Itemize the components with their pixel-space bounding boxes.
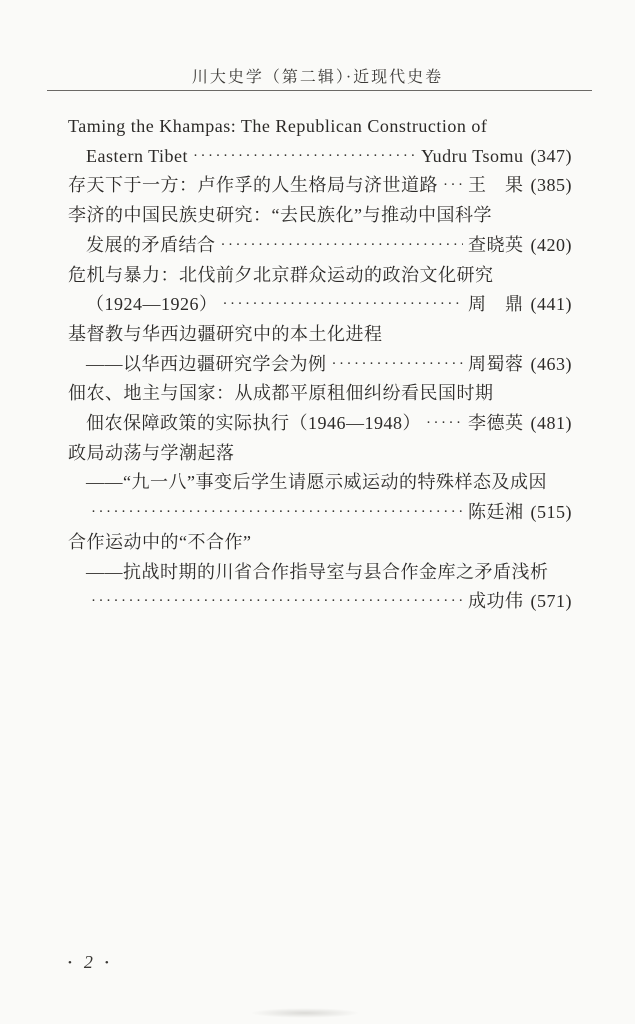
dot-leader: ········································…	[221, 231, 464, 261]
table-of-contents: Taming the Khampas: The Republican Const…	[68, 112, 572, 617]
toc-entry-title: 佃农保障政策的实际执行（1946—1948）	[86, 409, 421, 439]
toc-entry-title: 危机与暴力：北伐前夕北京群众运动的政治文化研究	[68, 261, 494, 291]
page-footer: • 2 •	[68, 952, 109, 973]
toc-line: ——以华西边疆研究学会为例 ··························…	[68, 350, 572, 380]
toc-entry-title: ——抗战时期的川省合作指导室与县合作金库之矛盾浅析	[86, 558, 549, 588]
dot-leader: ········································…	[426, 409, 463, 439]
dot-leader: ········································…	[193, 142, 416, 172]
dot-leader: ········································…	[91, 587, 463, 617]
toc-entry-author: 周蜀蓉	[468, 350, 524, 380]
footer-dot-right: •	[105, 957, 109, 969]
toc-line: 危机与暴力：北伐前夕北京群众运动的政治文化研究	[68, 261, 572, 291]
toc-entry-title: 合作运动中的“不合作”	[68, 528, 251, 558]
toc-entry-title: 发展的矛盾结合	[86, 231, 216, 261]
toc-line: ——抗战时期的川省合作指导室与县合作金库之矛盾浅析	[68, 558, 572, 588]
dot-leader: ········································…	[223, 290, 464, 320]
toc-entry-author: 王 果	[468, 171, 524, 201]
toc-entry-page-number: (385)	[531, 171, 573, 201]
dot-leader: ········································…	[332, 350, 464, 380]
toc-entry-page-number: (441)	[531, 290, 573, 320]
toc-entry-title: 佃农、地主与国家：从成都平原租佃纠纷看民国时期	[68, 379, 494, 409]
toc-entry-page-number: (420)	[531, 231, 573, 261]
toc-line: 佃农保障政策的实际执行（1946—1948） ·················…	[68, 409, 572, 439]
toc-entry-title: Taming the Khampas: The Republican Const…	[68, 112, 487, 142]
dot-leader: ········································…	[91, 498, 463, 528]
book-page: 川大史学（第二辑）·近现代史卷 Taming the Khampas: The …	[0, 0, 635, 1024]
toc-entry-page-number: (347)	[531, 142, 573, 172]
scan-smudge	[250, 1008, 360, 1018]
toc-entry-title: Eastern Tibet	[86, 142, 188, 172]
toc-entry-author: Yudru Tsomu	[421, 142, 523, 172]
toc-entry-page-number: (571)	[531, 587, 573, 617]
toc-line: ——“九一八”事变后学生请愿示威运动的特殊样态及成因	[68, 468, 572, 498]
toc-entry-page-number: (463)	[531, 350, 573, 380]
running-head-title: 川大史学（第二辑）·近现代史卷	[192, 69, 443, 86]
toc-entry-author: 成功伟	[468, 587, 524, 617]
toc-line: （1924—1926） ····························…	[68, 290, 572, 320]
toc-entry-author: 陈廷湘	[468, 498, 524, 528]
header-rule	[47, 90, 592, 91]
toc-entry-author: 李德英	[468, 409, 524, 439]
toc-line: 存天下于一方：卢作孚的人生格局与济世道路 ···················…	[68, 171, 572, 201]
toc-entry-page-number: (481)	[531, 409, 573, 439]
toc-line: 政局动荡与学潮起落	[68, 439, 572, 469]
toc-entry-title: 李济的中国民族史研究：“去民族化”与推动中国科学	[68, 201, 492, 231]
toc-entry-title: 存天下于一方：卢作孚的人生格局与济世道路	[68, 171, 438, 201]
toc-entry-title: （1924—1926）	[86, 290, 218, 320]
toc-line: Eastern Tibet ··························…	[68, 142, 572, 172]
toc-line: 发展的矛盾结合 ································…	[68, 231, 572, 261]
toc-entry-title: 政局动荡与学潮起落	[68, 439, 235, 469]
toc-entry-title: ——以华西边疆研究学会为例	[86, 350, 327, 380]
toc-line: ········································…	[68, 587, 572, 617]
toc-line: 李济的中国民族史研究：“去民族化”与推动中国科学	[68, 201, 572, 231]
footer-page-number: 2	[84, 952, 93, 973]
toc-line: 合作运动中的“不合作”	[68, 528, 572, 558]
toc-line: ········································…	[68, 498, 572, 528]
toc-entry-author: 查晓英	[468, 231, 524, 261]
footer-dot-left: •	[68, 957, 72, 969]
dot-leader: ········································…	[443, 171, 463, 201]
toc-line: 基督教与华西边疆研究中的本土化进程	[68, 320, 572, 350]
toc-entry-page-number: (515)	[531, 498, 573, 528]
toc-entry-title: ——“九一八”事变后学生请愿示威运动的特殊样态及成因	[86, 468, 547, 498]
toc-line: Taming the Khampas: The Republican Const…	[68, 112, 572, 142]
toc-line: 佃农、地主与国家：从成都平原租佃纠纷看民国时期	[68, 379, 572, 409]
toc-entry-title: 基督教与华西边疆研究中的本土化进程	[68, 320, 383, 350]
toc-entry-author: 周 鼎	[468, 290, 524, 320]
running-head: 川大史学（第二辑）·近现代史卷	[0, 64, 635, 87]
